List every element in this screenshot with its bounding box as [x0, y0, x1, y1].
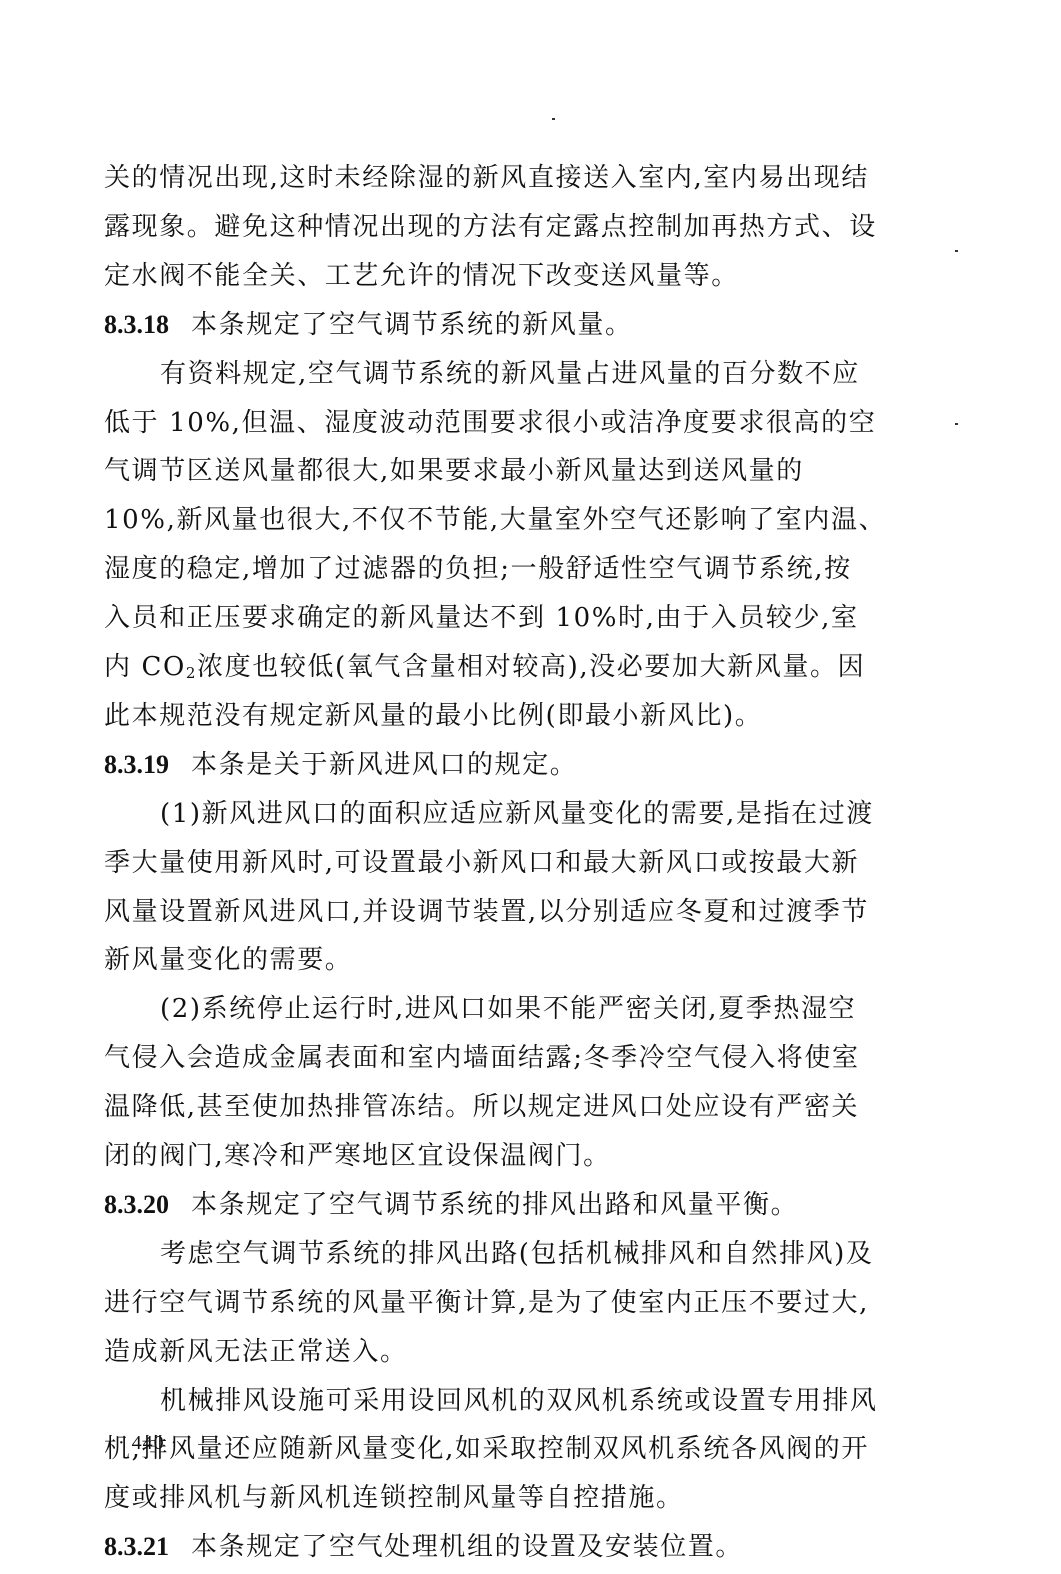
line-text: 新风量变化的需要。 [104, 945, 352, 975]
line-text: 湿度的稳定,增加了过滤器的负担;一般舒适性空气调节系统,按 [104, 554, 852, 584]
line-text: 进行空气调节系统的风量平衡计算,是为了使室内正压不要过大, [104, 1288, 869, 1318]
text-line: 低于 10%,但温、湿度波动范围要求很小或洁净度要求很高的空 [104, 408, 944, 438]
section-number: 8.3.18 [104, 310, 169, 339]
line-text: 考虑空气调节系统的排风出路(包括机械排风和自然排风)及 [160, 1239, 874, 1269]
text-line: (2)系统停止运行时,进风口如果不能严密关闭,夏季热湿空 [160, 994, 944, 1024]
text-line: 湿度的稳定,增加了过滤器的负担;一般舒适性空气调节系统,按 [104, 554, 944, 584]
line-text: 此本规范没有规定新风量的最小比例(即最小新风比)。 [104, 701, 762, 731]
section-number: 8.3.21 [104, 1532, 169, 1561]
section-heading: 8.3.18本条规定了空气调节系统的新风量。 [104, 310, 944, 340]
document-page: 关的情况出现,这时未经除湿的新风直接送入室内,室内易出现结露现象。避免这种情况出… [0, 0, 1061, 1574]
section-heading: 8.3.21本条规定了空气处理机组的设置及安装位置。 [104, 1532, 944, 1562]
line-text: 10%,新风量也很大,不仅不节能,大量室外空气还影响了室内温、 [104, 505, 886, 535]
text-line: 气侵入会造成金属表面和室内墙面结露;冬季冷空气侵入将使室 [104, 1043, 944, 1073]
text-line: 关的情况出现,这时未经除湿的新风直接送入室内,室内易出现结 [104, 163, 944, 193]
scan-speck [955, 423, 958, 425]
line-text: 本条是关于新风进风口的规定。 [191, 750, 577, 780]
line-text: (2)系统停止运行时,进风口如果不能严密关闭,夏季热湿空 [160, 994, 856, 1024]
line-text: 气侵入会造成金属表面和室内墙面结露;冬季冷空气侵入将使室 [104, 1043, 860, 1073]
line-text: 闭的阀门,寒冷和严寒地区宜设保温阀门。 [104, 1141, 611, 1171]
line-text: 本条规定了空气调节系统的排风出路和风量平衡。 [191, 1190, 798, 1220]
text-line: 机,排风量还应随新风量变化,如采取控制双风机系统各风阀的开 [104, 1434, 944, 1464]
text-line: 机械排风设施可采用设回风机的双风机系统或设置专用排风 [160, 1386, 944, 1416]
line-text: 有资料规定,空气调节系统的新风量占进风量的百分数不应 [160, 359, 860, 389]
section-number: 8.3.20 [104, 1190, 169, 1219]
line-text: 温降低,甚至使加热排管冻结。所以规定进风口处应设有严密关 [104, 1092, 859, 1122]
line-text: 入员和正压要求确定的新风量达不到 10%时,由于入员较少,室 [104, 603, 859, 633]
text-line: 10%,新风量也很大,不仅不节能,大量室外空气还影响了室内温、 [104, 505, 944, 535]
line-text: 度或排风机与新风机连锁控制风量等自控措施。 [104, 1483, 684, 1513]
line-text: 露现象。避免这种情况出现的方法有定露点控制加再热方式、设 [104, 212, 877, 242]
text-line: 露现象。避免这种情况出现的方法有定露点控制加再热方式、设 [104, 212, 944, 242]
text-line: 进行空气调节系统的风量平衡计算,是为了使室内正压不要过大, [104, 1288, 944, 1318]
line-text: 造成新风无法正常送入。 [104, 1337, 408, 1367]
scan-speck [955, 250, 958, 252]
text-line: 定水阀不能全关、工艺允许的情况下改变送风量等。 [104, 261, 944, 291]
line-text: 低于 10%,但温、湿度波动范围要求很小或洁净度要求很高的空 [104, 408, 876, 438]
section-heading: 8.3.19本条是关于新风进风口的规定。 [104, 750, 944, 780]
text-line: 考虑空气调节系统的排风出路(包括机械排风和自然排风)及 [160, 1239, 944, 1269]
section-heading: 8.3.20本条规定了空气调节系统的排风出路和风量平衡。 [104, 1190, 944, 1220]
text-line: (1)新风进风口的面积应适应新风量变化的需要,是指在过渡 [160, 799, 944, 829]
text-line: 温降低,甚至使加热排管冻结。所以规定进风口处应设有严密关 [104, 1092, 944, 1122]
text-line: 造成新风无法正常送入。 [104, 1337, 944, 1367]
line-text: 定水阀不能全关、工艺允许的情况下改变送风量等。 [104, 261, 739, 291]
text-line: 度或排风机与新风机连锁控制风量等自控措施。 [104, 1483, 944, 1513]
scan-speck [552, 118, 555, 120]
line-text: 季大量使用新风时,可设置最小新风口和最大新风口或按最大新 [104, 848, 859, 878]
line-text: 本条规定了空气处理机组的设置及安装位置。 [191, 1532, 743, 1562]
section-number: 8.3.19 [104, 750, 169, 779]
text-line: 闭的阀门,寒冷和严寒地区宜设保温阀门。 [104, 1141, 944, 1171]
line-text: 风量设置新风进风口,并设调节装置,以分别适应冬夏和过渡季节 [104, 897, 869, 927]
page-number: · 440 · [118, 1432, 178, 1455]
line-text: 浓度也较低(氧气含量相对较高),没必要加大新风量。因 [197, 652, 865, 682]
text-line: 风量设置新风进风口,并设调节装置,以分别适应冬夏和过渡季节 [104, 897, 944, 927]
line-text: 机械排风设施可采用设回风机的双风机系统或设置专用排风 [160, 1386, 878, 1416]
line-text: (1)新风进风口的面积应适应新风量变化的需要,是指在过渡 [160, 799, 874, 829]
text-line: 有资料规定,空气调节系统的新风量占进风量的百分数不应 [160, 359, 944, 389]
text-line: 气调节区送风量都很大,如果要求最小新风量达到送风量的 [104, 456, 944, 486]
line-text: 气调节区送风量都很大,如果要求最小新风量达到送风量的 [104, 456, 804, 486]
text-line: 季大量使用新风时,可设置最小新风口和最大新风口或按最大新 [104, 848, 944, 878]
line-text: 本条规定了空气调节系统的新风量。 [191, 310, 633, 340]
text-line: 内 CO2浓度也较低(氧气含量相对较高),没必要加大新风量。因 [104, 652, 944, 682]
text-line: 此本规范没有规定新风量的最小比例(即最小新风比)。 [104, 701, 944, 731]
line-text: 关的情况出现,这时未经除湿的新风直接送入室内,室内易出现结 [104, 163, 869, 193]
line-text: 机,排风量还应随新风量变化,如采取控制双风机系统各风阀的开 [104, 1434, 869, 1464]
text-line: 入员和正压要求确定的新风量达不到 10%时,由于入员较少,室 [104, 603, 944, 633]
text-line: 新风量变化的需要。 [104, 945, 944, 975]
